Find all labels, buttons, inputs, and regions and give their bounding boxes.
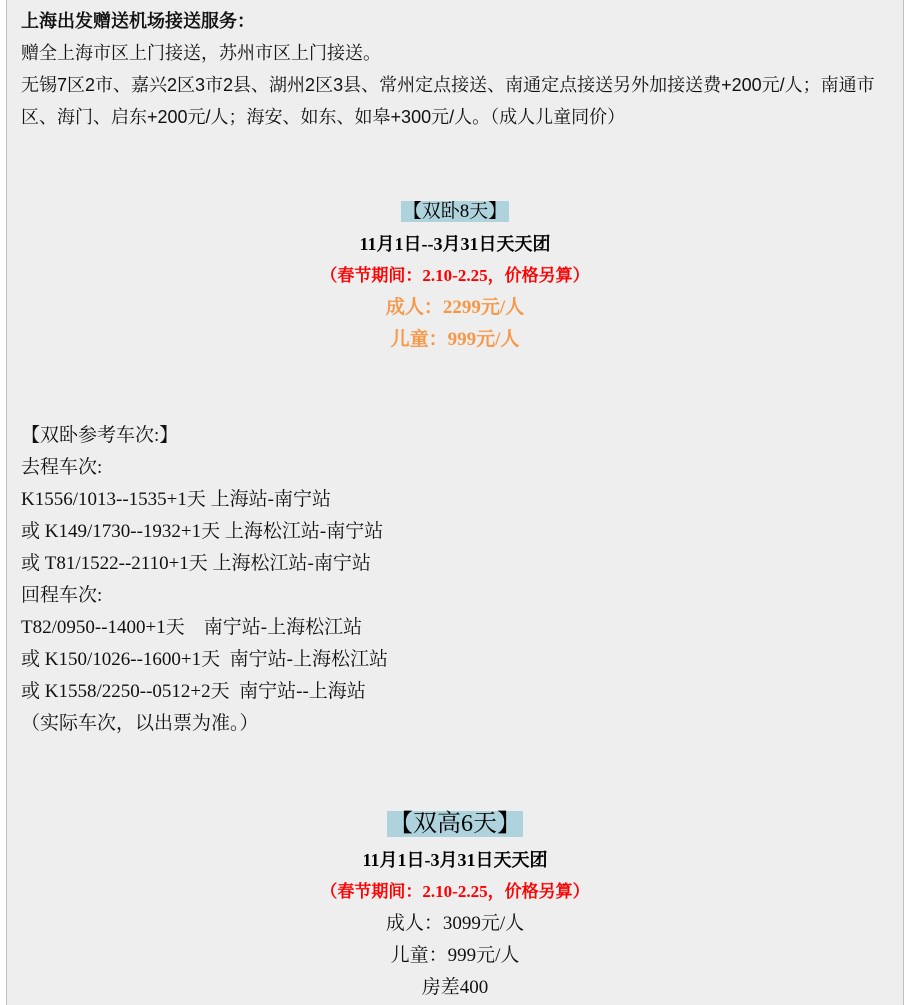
package2-adult-price: 成人：3099元/人 [7, 912, 903, 936]
outbound-train-2: 或 K149/1730--1932+1天 上海松江站-南宁站 [21, 521, 383, 543]
return-train-1: T82/0950--1400+1天 南宁站-上海松江站 [21, 617, 362, 639]
shuttle-line-1: 赠全上海市区上门接送，苏州市区上门接送。 [21, 42, 381, 64]
shuttle-title: 上海出发赠送机场接送服务： [21, 10, 255, 32]
content-panel: 上海出发赠送机场接送服务： 赠全上海市区上门接送，苏州市区上门接送。 无锡7区2… [6, 0, 904, 1005]
outbound-label: 去程车次: [21, 457, 102, 479]
package1-child-price: 儿童：999元/人 [7, 328, 903, 352]
return-train-2: 或 K150/1026--1600+1天 南宁站-上海松江站 [21, 649, 388, 671]
package1-name-wrap: 【双卧8天】 [7, 200, 903, 224]
package2-dates: 11月1日-3月31日天天团 [7, 848, 903, 872]
package1-holiday-note: （春节期间：2.10-2.25，价格另算） [7, 264, 903, 288]
package2-name: 【双高6天】 [387, 811, 523, 837]
package2-child-price: 儿童：999元/人 [7, 944, 903, 968]
trains-note: （实际车次，以出票为准。） [21, 713, 259, 735]
package2-room-diff: 房差400 [7, 976, 903, 1000]
shuttle-line-2: 无锡7区2市、嘉兴2区3市2县、湖州2区3县、常州定点接送、南通定点接送另外加接… [21, 74, 875, 96]
return-train-3: 或 K1558/2250--0512+2天 南宁站--上海站 [21, 681, 366, 703]
trains-heading: 【双卧参考车次:】 [21, 425, 178, 447]
shuttle-line-3: 区、海门、启东+200元/人；海安、如东、如皋+300元/人。（成人儿童同价） [21, 106, 625, 128]
return-label: 回程车次: [21, 585, 102, 607]
package1-adult-price: 成人：2299元/人 [7, 296, 903, 320]
outbound-train-1: K1556/1013--1535+1天 上海站-南宁站 [21, 489, 331, 511]
package2-name-wrap: 【双高6天】 [7, 810, 903, 838]
package2-holiday-note: （春节期间：2.10-2.25，价格另算） [7, 880, 903, 904]
package1-name: 【双卧8天】 [401, 201, 510, 222]
package1-dates: 11月1日--3月31日天天团 [7, 232, 903, 256]
outbound-train-3: 或 T81/1522--2110+1天 上海松江站-南宁站 [21, 553, 371, 575]
